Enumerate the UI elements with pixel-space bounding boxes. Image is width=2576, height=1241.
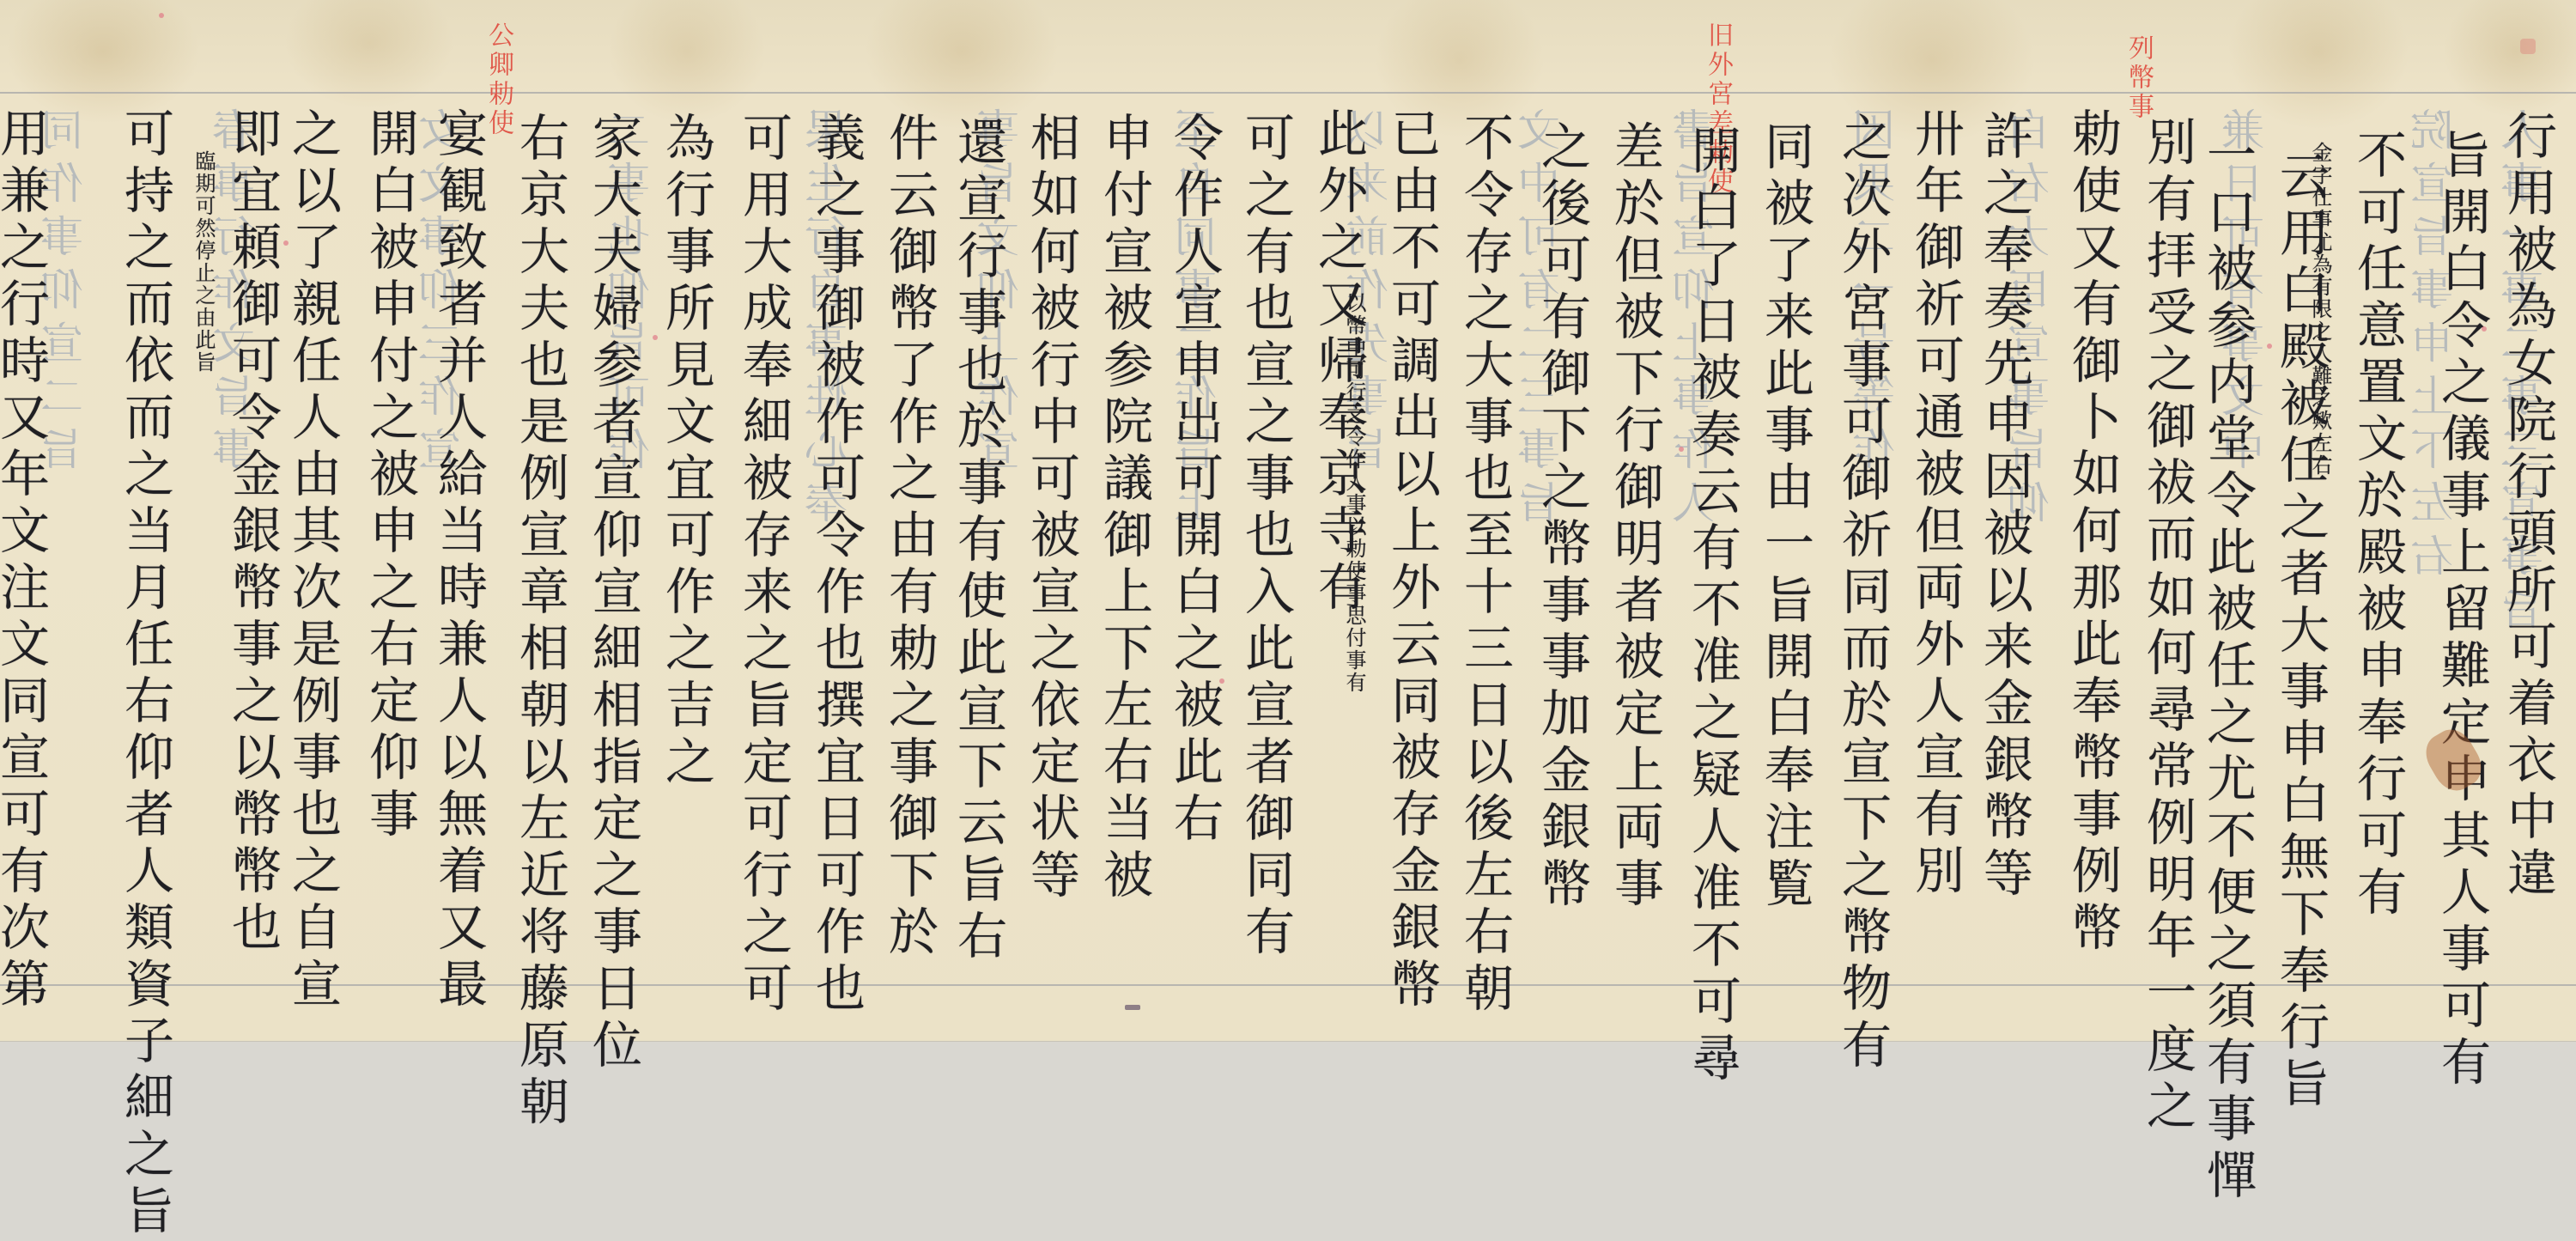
red-annotation-reihei: 列幣事 — [2119, 34, 2157, 122]
text-column: 同被了来此事由一旨開白奉注覧 — [1760, 120, 1810, 914]
text-column: 可之有也宣之事也入此宣者御同有 — [1241, 112, 1291, 962]
text-column: 即宜頼御可令金銀幣事之以幣幣也 — [228, 107, 277, 958]
text-column: 之以了親任人由其次是例事也之自宣 — [288, 107, 337, 1014]
text-column: 不可任意置文於殿被申奉行可有 — [2353, 129, 2403, 922]
text-column: 勅使又有御卜如何那此奉幣事例幣 — [2068, 107, 2117, 958]
text-column: 開白被申付之被申之右定仰事 — [365, 107, 415, 844]
text-column: 右京大夫也是例宣章相朝以左近将藤原朝 — [515, 112, 565, 1050]
text-column: 件云御幣了作之由有勅之事御下於 — [884, 112, 934, 962]
text-column: 別有拝受之御祓而如何尋常例明年一度之 — [2142, 116, 2192, 1050]
text-column: 已由不可調出以上外云同被存金銀幣 — [1387, 107, 1437, 1014]
text-column: 相如何被行中可被宣之依定状等 — [1026, 112, 1076, 905]
text-column: 申付宣被参院議御上下左右当被 — [1099, 112, 1149, 905]
text-column: 令作人宣申出可開白之被此右 — [1170, 112, 1219, 849]
text-column: 宴観致者并人給当時兼人以無着又最 — [434, 107, 483, 1014]
text-column: 不令存之大事也至十三日以後左右朝 — [1460, 112, 1510, 1019]
text-column-note: 以幣中可行之令作人事以勅使事思付事有 — [1344, 292, 1364, 694]
text-column: 為行事所見文宜可作之吉之 — [661, 112, 711, 792]
red-dot — [283, 240, 289, 246]
text-column: 差於但被下行御明者被定上両事 — [1610, 120, 1660, 914]
ink-mark — [1125, 1005, 1140, 1010]
text-column: 云用白殿被任之者大事申白無下奉行旨 — [2275, 150, 2325, 1050]
text-column-note: 臨期可然停止之由此旨 — [193, 150, 214, 374]
red-dot — [2267, 344, 2272, 349]
text-column: 開白了日被奏云有不准之疑人准不可尋 — [1687, 125, 1737, 1050]
red-dot — [653, 335, 658, 340]
red-dot — [1679, 447, 1684, 452]
text-column: 可持之而依而之当月任右仰者人類資子細之旨 — [120, 107, 170, 1050]
text-column: 之次外宮事可御祈同而於宣下之幣物有 — [1838, 112, 1887, 1050]
text-column: 家大夫婦参者宣仰宣細相指定之事日位 — [588, 112, 638, 1050]
text-column: 許之奉奏先申因被以来金銀幣等 — [1979, 110, 2029, 903]
red-dot — [159, 13, 164, 18]
handscroll-paper: 人事一事二事三宣事旨 院宣旨事申上下左右 兼日可有事文中 白右大臣宣事旨仰 因果… — [0, 0, 2576, 1042]
text-column: 義之事御被作可令作也撰宜日可作也 — [811, 112, 861, 1019]
text-column: 旨開白令之儀事上留難定申其人事可有 — [2437, 129, 2487, 1050]
text-column: 一口被参内堂令此被任之尤不便之須有事憚 — [2202, 129, 2252, 1050]
red-dot — [2482, 326, 2487, 332]
text-column: 卅年御祈可通被但両外人宣有別 — [1911, 107, 1960, 901]
text-column: 用兼之行時又年文注文同宣可有次第 — [0, 107, 46, 1014]
text-column: 之後可有御下之幣事事加金銀幣 — [1537, 120, 1587, 914]
top-ruled-line — [0, 92, 2576, 94]
text-column: 行用被為女院行頭所可着衣中違 — [2503, 110, 2553, 903]
red-dot — [1219, 678, 1224, 684]
text-column: 還宣行事也於事有使此宣下云旨右 — [953, 116, 1003, 966]
text-column: 可用大成奉細被存来之旨定可行之可 — [738, 112, 788, 1019]
red-seal-mark — [2520, 39, 2536, 54]
